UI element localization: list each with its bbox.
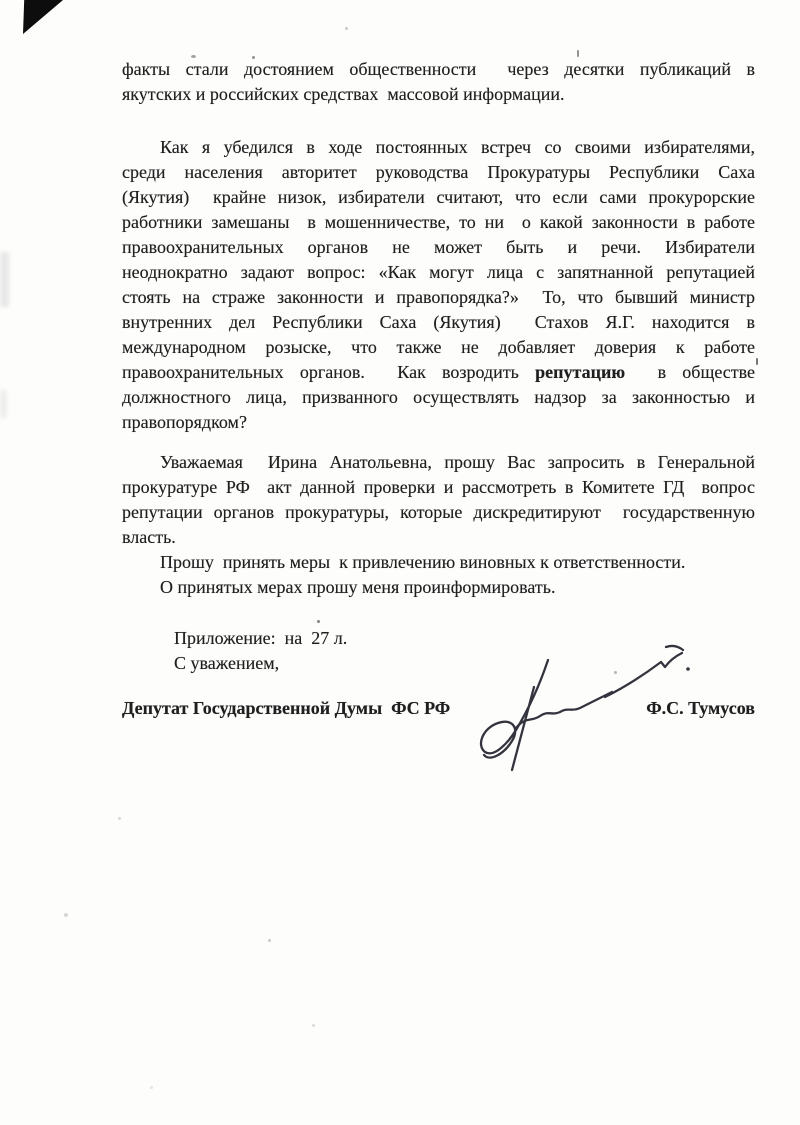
text-line: неоднократно задают вопрос: «Как могут л… [122, 260, 755, 285]
scan-smudge [0, 390, 7, 418]
handwritten-signature [450, 642, 700, 777]
text-line: Уважаемая Ирина Анатольевна, прошу Вас з… [122, 450, 755, 475]
scan-speckle [614, 671, 617, 674]
scan-speckle [252, 56, 255, 59]
scan-speckle [317, 620, 320, 623]
text-line: стоять на страже законности и правопоряд… [122, 285, 755, 310]
text-line: правоохранительных органов. Как возродит… [122, 360, 755, 385]
scan-speckle [150, 1086, 153, 1089]
emphasized-word-reputation: репутацию [535, 362, 625, 382]
scan-speckle [577, 50, 579, 57]
text-line: прокуратуре РФ акт данной проверки и рас… [122, 475, 755, 500]
paragraph-voters-opinion: Как я убедился в ходе постоянных встреч … [122, 135, 755, 435]
text-line: факты стали достоянием общественности че… [122, 57, 755, 82]
paragraph-inform: О принятых мерах прошу меня проинформиро… [122, 575, 755, 600]
letter-body: факты стали достоянием общественности че… [122, 57, 755, 721]
text-line: международном розыске, что также не доба… [122, 335, 755, 360]
text-line: власть. [122, 525, 755, 550]
scan-corner-artifact [23, 0, 63, 34]
text-line: должностного лица, призванного осуществл… [122, 385, 755, 410]
text-line: (Якутия) крайне низок, избиратели считаю… [122, 185, 755, 210]
scan-speckle [345, 27, 348, 30]
letter-page: факты стали достоянием общественности че… [0, 0, 800, 1125]
text-line: Как я убедился в ходе постоянных встреч … [122, 135, 755, 160]
scan-smudge [0, 252, 9, 307]
text-line: внутренних дел Республики Саха (Якутия) … [122, 310, 755, 335]
text-segment: правоохранительных органов. Как возродит… [122, 362, 535, 382]
text-line: среди населения авторитет руководства Пр… [122, 160, 755, 185]
scan-speckle [64, 913, 68, 917]
scan-speckle [268, 939, 271, 942]
text-line: якутских и российских средствах массовой… [122, 82, 755, 107]
text-line: О принятых мерах прошу меня проинформиро… [122, 575, 755, 600]
paragraph-media-coverage: факты стали достоянием общественности че… [122, 57, 755, 107]
text-segment: в обществе [625, 362, 755, 382]
text-line: работники замешаны в мошенничестве, то н… [122, 210, 755, 235]
text-line: правопорядком? [122, 410, 755, 435]
text-line: репутации органов прокуратуры, которые д… [122, 500, 755, 525]
paragraph-request: Уважаемая Ирина Анатольевна, прошу Вас з… [122, 450, 755, 550]
scan-speckle [312, 1024, 315, 1027]
scan-speckle [756, 358, 758, 365]
scan-speckle [191, 55, 196, 58]
scan-speckle [118, 817, 121, 820]
text-line: правоохранительных органов не может быть… [122, 235, 755, 260]
signatory-title: Депутат Государственной Думы ФС РФ [122, 696, 450, 721]
text-line: Прошу принять меры к привлечению виновны… [122, 550, 755, 575]
paragraph-measures: Прошу принять меры к привлечению виновны… [122, 550, 755, 575]
